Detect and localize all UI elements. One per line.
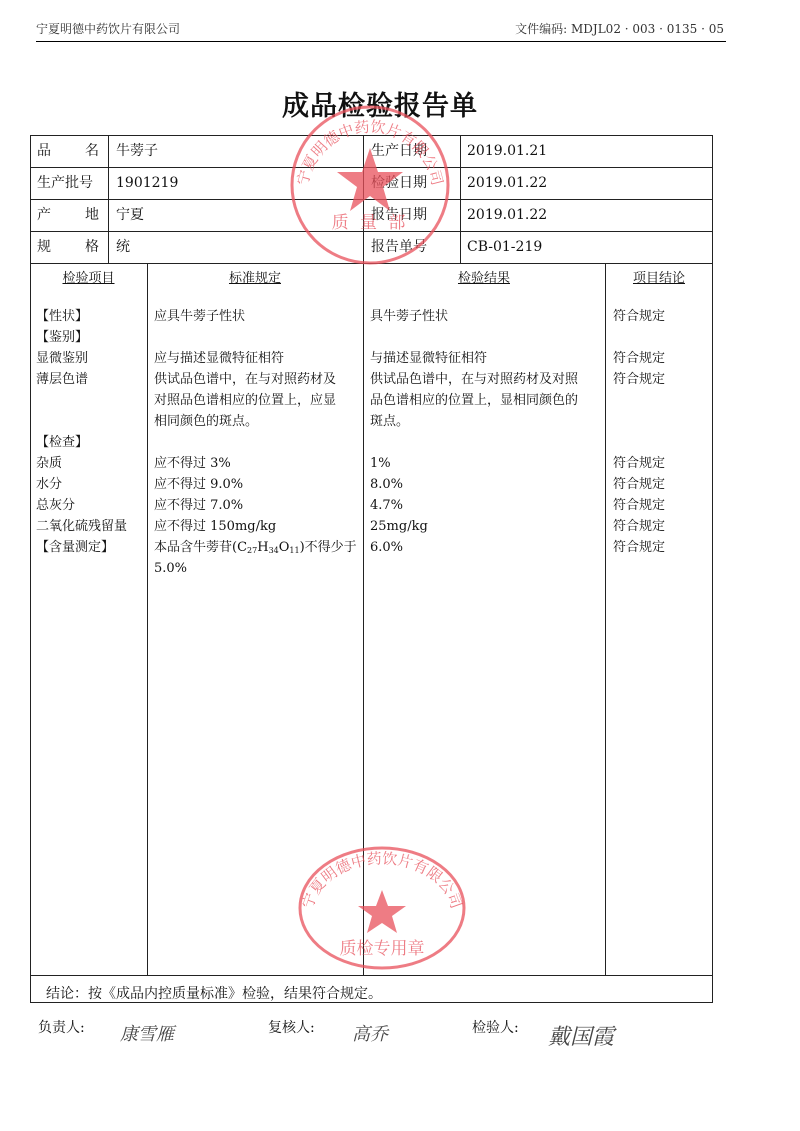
conclusion-text: 符合规定	[613, 348, 665, 369]
result-text: 品色谱相应的位置上，显相同颜色的	[370, 390, 578, 411]
test-item: 【含量测定】	[36, 537, 127, 558]
result-text: 斑点。	[370, 411, 578, 432]
standard-text: 应不得过 7.0%	[154, 495, 357, 516]
result-text	[370, 558, 578, 579]
report-date: 2019.01.22	[467, 206, 547, 224]
label-char: 格	[85, 238, 99, 256]
result-text: 25mg/kg	[370, 516, 578, 537]
result-text: 供试品色谱中，在与对照药材及对照	[370, 369, 578, 390]
standard-text	[154, 327, 357, 348]
conclusion-text: 符合规定	[613, 516, 665, 537]
page-title: 成品检验报告单	[0, 84, 760, 123]
standard-text: 本品含牛蒡苷(C27H34O11)不得少于	[154, 537, 357, 558]
standard-text: 供试品色谱中，在与对照药材及	[154, 369, 357, 390]
test-item: 【性状】	[36, 306, 127, 327]
company-header: 宁夏明德中药饮片有限公司	[36, 22, 180, 36]
standard-text: 对照品色谱相应的位置上，应显	[154, 390, 357, 411]
formula-subscript: 27	[247, 546, 257, 555]
divider	[460, 135, 461, 263]
divider	[363, 135, 364, 263]
test-date: 2019.01.22	[467, 174, 547, 192]
label-char: 规	[37, 238, 51, 256]
standard-text	[154, 432, 357, 453]
test-item	[36, 390, 127, 411]
formula-text: )不得少于	[300, 540, 357, 555]
report-date-label: 报告日期	[371, 206, 427, 224]
conclusion-text: 符合规定	[613, 474, 665, 495]
conclusions-column: 符合规定符合规定符合规定符合规定符合规定符合规定符合规定符合规定	[613, 285, 665, 579]
conclusion-text	[613, 327, 665, 348]
test-date-label: 检验日期	[371, 174, 427, 192]
divider	[363, 263, 364, 975]
formula-subscript: 11	[289, 546, 299, 555]
test-item: 【检查】	[36, 432, 127, 453]
batch-number: 1901219	[116, 174, 178, 192]
origin-label: 产地	[37, 206, 99, 224]
label-char: 产	[37, 206, 51, 224]
label-char: 品	[37, 142, 51, 160]
standards-column: 应具牛蒡子性状应与描述显微特征相符供试品色谱中，在与对照药材及对照品色谱相应的位…	[154, 285, 357, 579]
conclusion-text: 符合规定	[613, 537, 665, 558]
test-item	[36, 558, 127, 579]
report-no: CB-01-219	[467, 238, 542, 256]
conclusion-text: 符合规定	[613, 306, 665, 327]
responsible-signature: 康雪雁	[120, 1020, 174, 1046]
spec: 统	[116, 238, 130, 256]
result-text	[370, 432, 578, 453]
test-item: 薄层色谱	[36, 369, 127, 390]
conclusion-text: 符合规定	[613, 453, 665, 474]
test-item: 总灰分	[36, 495, 127, 516]
conclusion-text	[613, 390, 665, 411]
conclusion-text: 符合规定	[613, 369, 665, 390]
standard-text: 5.0%	[154, 558, 357, 579]
formula-text: O	[279, 540, 290, 555]
label-char: 名	[85, 142, 99, 160]
standard-text: 应不得过 9.0%	[154, 474, 357, 495]
standard-text: 相同颜色的斑点。	[154, 411, 357, 432]
result-text: 1%	[370, 453, 578, 474]
divider	[30, 167, 713, 168]
result-text: 与描述显微特征相符	[370, 348, 578, 369]
divider	[30, 199, 713, 200]
origin: 宁夏	[116, 206, 144, 224]
result-text: 具牛蒡子性状	[370, 306, 578, 327]
divider	[30, 263, 713, 264]
standard-text	[154, 285, 357, 306]
product-name-label: 品名	[37, 142, 99, 160]
divider	[30, 975, 713, 976]
report-no-label: 报告单号	[371, 238, 427, 256]
test-item	[36, 411, 127, 432]
batch-label: 生产批号	[37, 174, 93, 192]
col-header-result: 检验结果	[363, 267, 605, 286]
results-column: 具牛蒡子性状与描述显微特征相符供试品色谱中，在与对照药材及对照品色谱相应的位置上…	[370, 285, 578, 579]
col-header-standard: 标准规定	[147, 267, 363, 286]
divider	[30, 231, 713, 232]
col-header-conclusion: 项目结论	[605, 267, 713, 286]
test-item: 二氧化硫残留量	[36, 516, 127, 537]
prod-date: 2019.01.21	[467, 142, 547, 160]
conclusion-text	[613, 558, 665, 579]
result-text	[370, 285, 578, 306]
result-text: 4.7%	[370, 495, 578, 516]
col-header-item: 检验项目	[30, 267, 147, 286]
divider	[605, 263, 606, 975]
test-item: 显微鉴别	[36, 348, 127, 369]
prod-date-label: 生产日期	[371, 142, 427, 160]
divider	[108, 135, 109, 263]
document-code: 文件编码: MDJL02 · 003 · 0135 · 05	[515, 22, 724, 36]
conclusion-text	[613, 285, 665, 306]
standard-text: 应不得过 150mg/kg	[154, 516, 357, 537]
responsible-label: 负责人:	[38, 1017, 85, 1037]
overall-conclusion: 结论：按《成品内控质量标准》检验，结果符合规定。	[46, 983, 382, 1003]
standard-text: 应与描述显微特征相符	[154, 348, 357, 369]
result-text	[370, 327, 578, 348]
reviewer-signature: 高乔	[352, 1020, 388, 1046]
header-rule	[36, 41, 726, 42]
standard-text: 应不得过 3%	[154, 453, 357, 474]
product-name: 牛蒡子	[116, 142, 158, 160]
test-items-column: 【性状】【鉴别】显微鉴别薄层色谱【检查】杂质水分总灰分二氧化硫残留量【含量测定】	[36, 285, 127, 579]
test-item: 杂质	[36, 453, 127, 474]
test-item: 水分	[36, 474, 127, 495]
standard-text: 应具牛蒡子性状	[154, 306, 357, 327]
inspector-label: 检验人:	[472, 1017, 519, 1037]
formula-text: 本品含牛蒡苷(C	[154, 540, 247, 555]
conclusion-text: 符合规定	[613, 495, 665, 516]
test-item	[36, 285, 127, 306]
reviewer-label: 复核人:	[268, 1017, 315, 1037]
spec-label: 规格	[37, 238, 99, 256]
formula-subscript: 34	[269, 546, 279, 555]
formula-text: H	[257, 540, 268, 555]
conclusion-text	[613, 432, 665, 453]
inspector-signature: 戴国霞	[548, 1020, 614, 1051]
conclusion-text	[613, 411, 665, 432]
label-char: 地	[85, 206, 99, 224]
test-item: 【鉴别】	[36, 327, 127, 348]
result-text: 8.0%	[370, 474, 578, 495]
divider	[147, 263, 148, 975]
result-text: 6.0%	[370, 537, 578, 558]
